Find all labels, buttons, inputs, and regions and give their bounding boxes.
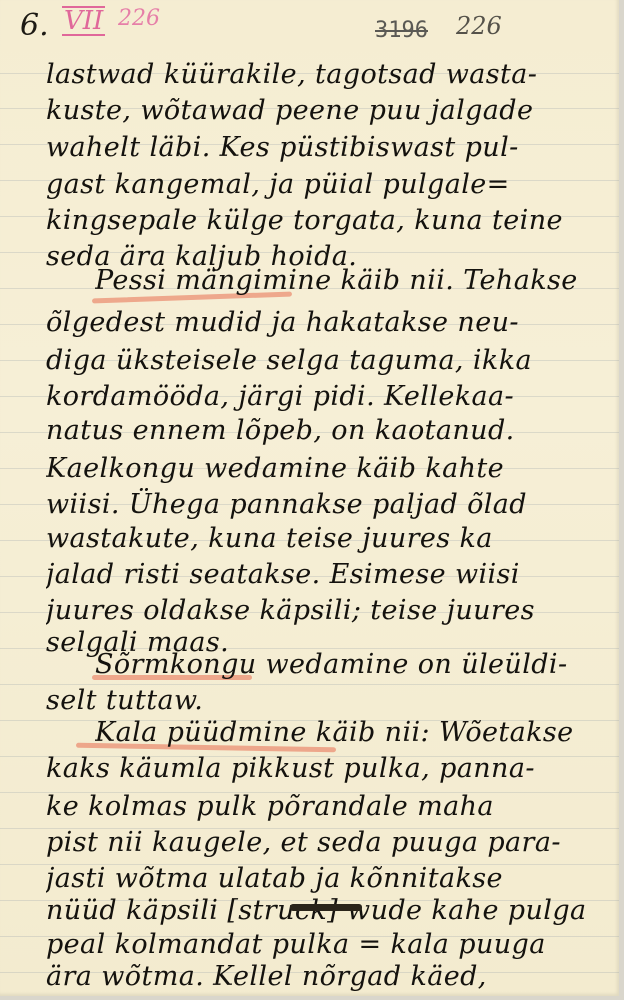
manuscript-line: diga üksteisele selga taguma, ikka xyxy=(46,344,609,378)
page-number: 6. xyxy=(20,8,49,43)
manuscript-line: kordamööda, järgi pidi. Kellekaa- xyxy=(46,380,609,414)
manuscript-line: wastakute, kuna teise juures ka xyxy=(46,522,609,556)
manuscript-page: 6. VII 226 3196 226 lastwad küürakile, t… xyxy=(0,0,619,996)
manuscript-line: kaks käumla pikkust pulka, panna- xyxy=(46,752,609,786)
manuscript-line: natus ennem lõpeb, on kaotanud. xyxy=(46,414,609,448)
archive-volume-roman: VII xyxy=(62,6,105,36)
struck-out-word xyxy=(290,904,362,911)
manuscript-line: ära wõtma. Kellel nõrgad käed, xyxy=(46,960,609,994)
manuscript-line: jalad risti seatakse. Esimese wiisi xyxy=(46,558,609,592)
manuscript-line: jasti wõtma ulatab ja kõnnitakse xyxy=(46,862,609,896)
manuscript-line: Kala püüdmine käib nii: Wõetakse xyxy=(95,716,609,750)
manuscript-line: Sõrmkongu wedamine on üleüldi- xyxy=(95,648,609,682)
archive-page-annotation: 226 xyxy=(118,6,160,31)
manuscript-line: wahelt läbi. Kes püstibiswast pul- xyxy=(46,131,609,165)
manuscript-line: kuste, wõtawad peene puu jalgade xyxy=(46,94,609,128)
manuscript-line: pist nii kaugele, et seda puuga para- xyxy=(46,826,609,860)
manuscript-line: gast kangemal, ja püial pulgale= xyxy=(46,168,609,202)
manuscript-line: lastwad küürakile, tagotsad wasta- xyxy=(46,58,609,92)
corrected-page-number: 226 xyxy=(456,12,502,40)
manuscript-line: selt tuttaw. xyxy=(46,684,609,718)
manuscript-line: kingsepale külge torgata, kuna teine xyxy=(46,204,609,238)
manuscript-line: Kaelkongu wedamine käib kahte xyxy=(46,452,609,486)
manuscript-line: nüüd käpsili [struck] wude kahe pulga xyxy=(46,894,609,928)
manuscript-line: õlgedest mudid ja hakatakse neu- xyxy=(46,306,609,340)
manuscript-line: peal kolmandat pulka = kala puuga xyxy=(46,928,609,962)
manuscript-line: juures oldakse käpsili; teise juures xyxy=(46,594,609,628)
manuscript-line: Pessi mängimine käib nii. Tehakse xyxy=(95,264,609,298)
manuscript-line: ke kolmas pulk põrandale maha xyxy=(46,790,609,824)
struck-stamp-number: 3196 xyxy=(375,18,428,43)
manuscript-line: wiisi. Ühega pannakse paljad õlad xyxy=(46,488,609,522)
